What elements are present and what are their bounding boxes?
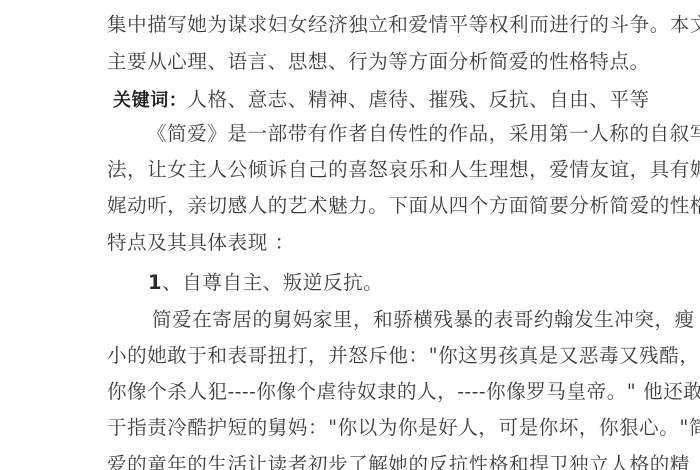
- keywords-text: 人格、意志、精神、虐待、摧残、反抗、自由、平等: [187, 88, 649, 111]
- paragraph-line: 于指责冷酷护短的舅妈："你以为你是好人，可是你坏，你狠心。"简: [107, 416, 597, 440]
- paragraph-line: 小的她敢于和表哥扭打，并怒斥他："你这男孩真是又恶毒又残酷，: [107, 344, 597, 368]
- section-title: 、自尊自主、叛逆反抗。: [162, 271, 383, 294]
- paragraph-line: 《简爱》是一部带有作者自传性的作品，采用第一人称的自叙写: [147, 122, 637, 146]
- paragraph-line: 特点及其具体表现 ：: [107, 231, 597, 255]
- section-number: 1: [148, 271, 162, 294]
- keywords-label: 关键词：: [113, 90, 187, 111]
- paragraph-line: 简爱在寄居的舅妈家里，和骄横残暴的表哥约翰发生冲突，瘦: [152, 308, 642, 332]
- paragraph-line: 集中描写她为谋求妇女经济独立和爱情平等权利而进行的斗争。本文: [107, 13, 597, 37]
- paragraph-line: 你像个杀人犯----你像个虐待奴隶的人，----你像罗马皇帝。" 他还敢: [107, 380, 597, 404]
- paragraph-line: 主要从心理、语言、思想、行为等方面分析简爱的性格特点。: [107, 50, 597, 74]
- paragraph-line: 爱的童年的生活让读者初步了解她的反抗性格和捍卫独立人格的精: [107, 453, 597, 470]
- paragraph-line: 法，让女主人公倾诉自己的喜怒哀乐和人生理想，爱情友谊，具有娓: [107, 158, 597, 182]
- document-page: 集中描写她为谋求妇女经济独立和爱情平等权利而进行的斗争。本文 主要从心理、语言、…: [0, 0, 700, 470]
- section-heading: 1、自尊自主、叛逆反抗。: [148, 271, 638, 295]
- keywords-line: 关键词：人格、意志、精神、虐待、摧残、反抗、自由、平等: [113, 88, 603, 113]
- paragraph-line: 娓动听，亲切感人的艺术魅力。下面从四个方面简要分析简爱的性格: [107, 194, 597, 218]
